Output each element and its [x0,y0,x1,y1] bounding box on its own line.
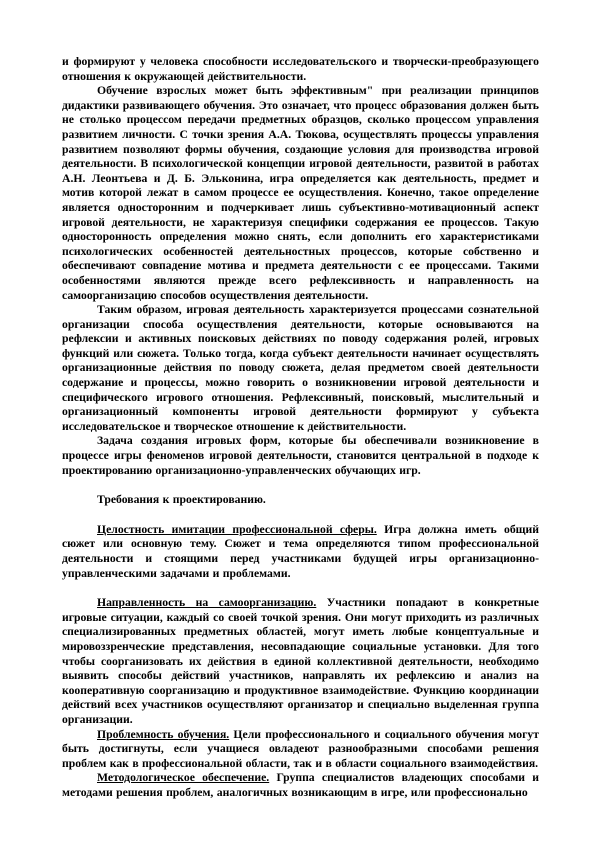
document-page: и формируют у человека способности иссле… [0,0,595,842]
paragraph-continuation: и формируют у человека способности иссле… [62,55,539,84]
paragraph-text: Участники попадают в конкретные игровые … [62,596,539,726]
underlined-lead: Направленность на самоорганизацию. [97,596,316,609]
paragraph-text: и формируют у человека способности иссле… [62,55,539,83]
underlined-lead: Целостность имитации профессиональной сф… [97,523,377,536]
underlined-lead: Методологическое обеспечение. [97,771,269,784]
heading-text: Требования к проектированию. [97,493,266,506]
section-heading-design-requirements: Требования к проектированию. [62,493,539,508]
paragraph-game-forms-task: Задача создания игровых форм, которые бы… [62,434,539,478]
paragraph-text: Задача создания игровых форм, которые бы… [62,434,539,476]
underlined-lead: Проблемность обучения. [97,728,229,741]
paragraph-adult-learning: Обучение взрослых может быть эффективным… [62,84,539,303]
paragraph-text: Обучение взрослых может быть эффективным… [62,84,539,301]
paragraph-text: Таким образом, игровая деятельность хара… [62,303,539,433]
paragraph-problem-based-learning: Проблемность обучения. Цели профессионал… [62,728,539,772]
paragraph-methodological-support: Методологическое обеспечение. Группа спе… [62,771,539,800]
paragraph-integrity-of-imitation: Целостность имитации профессиональной сф… [62,523,539,581]
paragraph-self-organization: Направленность на самоорганизацию. Участ… [62,596,539,727]
paragraph-game-activity: Таким образом, игровая деятельность хара… [62,303,539,434]
